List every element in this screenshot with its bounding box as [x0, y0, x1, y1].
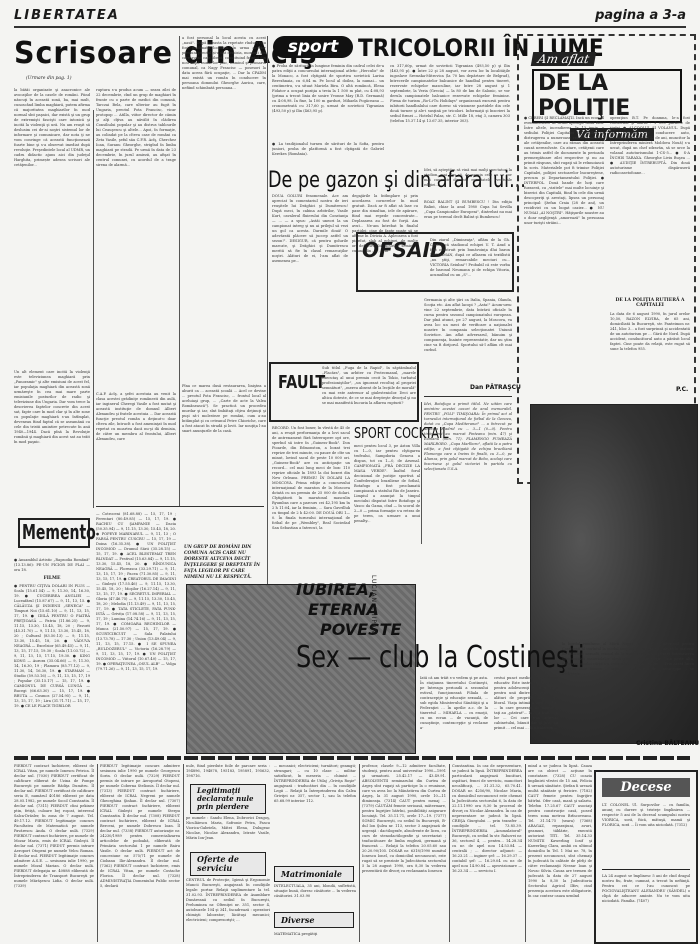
ofsaid-body: Din ziarul „Dimineaţa", aflăm de la Gh. … — [430, 238, 510, 288]
byline-patrascu: Dan PĂTRAŞCU — [470, 384, 521, 391]
classifieds-col2: PIERDUT legitimaţie concurs admitere ses… — [100, 764, 180, 942]
publication-name: LIBERTATEA — [14, 8, 120, 23]
ofsaid-body-2: Germania şi alte ţări ca Italia, Spania,… — [424, 298, 512, 378]
section-rule — [424, 396, 512, 397]
kicker-line-1: IUBIREA, — [296, 580, 401, 600]
article-tricolorii-col1: ● Proba de săritură în lungime feminin d… — [272, 64, 384, 142]
diverse-label: Diverse — [274, 912, 354, 928]
classifieds-col7: mind a se judeca în lipsă. Cauza are ca … — [528, 764, 592, 942]
article-scrisoare-col2: ruptura s-a produs acum — seara zilei de… — [96, 88, 176, 388]
article-gazon-col3: Idei, să aşteptăm să vină mai mulţi spec… — [424, 168, 512, 198]
article-cocktail-col1: RECORD. Un fost boxer, în vîrstă de 45 d… — [272, 426, 350, 546]
memento-films-col2: — Cotroceni (81.68.88) — 15, 17, 19 ; Fe… — [96, 512, 176, 752]
oferte-body: CENTRUL de Protecţie, Igienă şi Ergonomi… — [186, 878, 270, 942]
article-sex-col1: Iată că am trăit s-o vedem şi pe asta. Î… — [420, 676, 488, 738]
classifieds-col6: Constantina. În caz de neprezentare, se … — [452, 764, 522, 942]
decese-notice-2: LA 24 august se împlinesc 5 ani de cînd … — [596, 874, 696, 934]
page-number: pagina a 3-a — [595, 8, 686, 23]
classifieds-col3: nule, fiind pierdute foile de parcare se… — [186, 764, 270, 782]
classifieds-col5: profesor, clasele 9—12 admitere facultat… — [362, 764, 446, 942]
article-scrisoare-col1b: Un alt element care incită la violenţă e… — [14, 370, 90, 505]
article-scrisoare-col1: la bătăi organizate şi anacronice ale av… — [14, 88, 90, 364]
column-divider — [97, 764, 98, 942]
memento-intro: ● Ansamblul Artistic „Rapsodia Română" (… — [14, 558, 90, 574]
article-sex-col2: cestui punct medical eminamente educativ… — [494, 676, 558, 738]
article-scrisoare-col3: a fost personal la locul acesta cu acest… — [182, 36, 266, 381]
byline-vertical: LUCIAN CHIPAN — [370, 575, 377, 634]
masthead-rule — [14, 26, 686, 28]
legitimatii-label: Legitimaţii declarate nule prin pierdere — [190, 784, 266, 814]
article-cocktail-col3: Idei, Botafogo a primit titlul. Ne uităm… — [424, 402, 512, 548]
column-divider — [267, 36, 268, 596]
article-sex-col3: la bordul romînesc al Mării Negre, a făc… — [562, 642, 694, 738]
byline-balteanu: Cristina BĂLTEANU — [636, 740, 699, 747]
article-tricolorii-col1b: ● La tradiţionalul turneu de sărituri de… — [272, 142, 384, 164]
sport-logo: sport — [273, 36, 353, 58]
politie-header: Am aflat DE LA POLIŢIE Vă informăm — [532, 48, 682, 110]
classifieds-col1: PIERDUT contract închiriere, eliberat de… — [14, 764, 94, 942]
continued-note: (Urmare din pag. 1) — [26, 76, 71, 81]
decese-box: Decese LT. COLONEL Ul. Surpovilor ... cu… — [594, 770, 698, 944]
article-scrisoare-col2b: C.A.P. Acîş, a şefei acestuia au venit l… — [96, 392, 176, 500]
kicker-line-2: ETERNA — [308, 600, 401, 620]
column-divider — [421, 402, 422, 544]
pull-quote: UN GRUP DE ROMÂNI DIN COMUNA ACIS CARE N… — [184, 545, 264, 581]
article-cocktail-col2: meci pentru locul 3, pe Aston Villa cu 1… — [354, 444, 420, 546]
classifieds-col4: ... mecanici; electricieni; turnători; g… — [274, 764, 356, 864]
legitimatii-body: pe numele : Sandu Elena, Dobrovici Drago… — [186, 816, 270, 846]
article-scrisoare-col3b: Pîna ce marea dusă restaurarea, liniştea… — [182, 384, 266, 494]
politie-col1: ● CERERI ŞI RECLAMAŢII. Încă un ecou al … — [524, 116, 604, 401]
kicker-iubirea: IUBIREA, ETERNA POVESTE — [296, 580, 401, 640]
matrimoniale-label: Matrimoniale — [274, 866, 354, 882]
column-divider — [525, 764, 526, 942]
diverse-body: MATEMATICA pregătiţi — [274, 932, 356, 942]
politie-header-top: Am aflat — [531, 52, 596, 66]
headline-sex-club: Sex — club la Costineşti — [296, 640, 585, 675]
kicker-line-3: POVESTE — [320, 620, 401, 640]
column-divider — [183, 764, 184, 942]
column-divider — [359, 764, 360, 942]
politie-col2: operaţiun B.T. Pe doamna, le-a fost conf… — [610, 116, 690, 296]
column-divider — [179, 36, 180, 506]
column-divider — [449, 764, 450, 942]
politie-capital-body: La data de 6 august 1990, în jurul orelo… — [610, 312, 690, 384]
section-rule — [96, 506, 264, 507]
decese-label: Decese — [602, 778, 690, 797]
classifieds-divider — [14, 756, 690, 760]
politie-title: DE LA POLIŢIE — [532, 69, 682, 123]
fault-body: Sub titlul „Fuga de la Rapid", în săptăm… — [322, 366, 416, 418]
oferte-label: Oferte de serviciu — [190, 852, 266, 876]
article-gazon-col1: DOUĂ GOLURI fenomenale. Ace am apreciat … — [272, 194, 348, 364]
decese-divider — [602, 869, 690, 870]
memento-films-col1: ● PENTRU CÎŢIVA DOLARI ÎN PLUS — Scala (… — [14, 584, 90, 754]
fault-label: FAULT — [278, 372, 325, 393]
politie-capital-heading: DE LA POLIŢIA RUTIERĂ A CAPITALEI — [610, 298, 690, 308]
memento-label: Memento — [22, 520, 96, 544]
decese-notice-1: LT. COLONEL Ul. Surpovilor ... cu famili… — [596, 803, 696, 865]
memento-films-heading: FILME — [14, 576, 90, 581]
column-divider — [93, 110, 94, 508]
politie-signature: P.C. — [676, 386, 688, 393]
matrimoniale-body: INTELECTUALĂ, 35 ani, blondă, sufletistă… — [274, 884, 356, 910]
article-tricolorii-col2: cu 317,60p, urmat de sovieticii Tigrania… — [390, 64, 510, 164]
article-gazon-boaz: BOAZ BALINT ŞI BUMBESCU ! Din ediţia Bal… — [424, 200, 512, 230]
